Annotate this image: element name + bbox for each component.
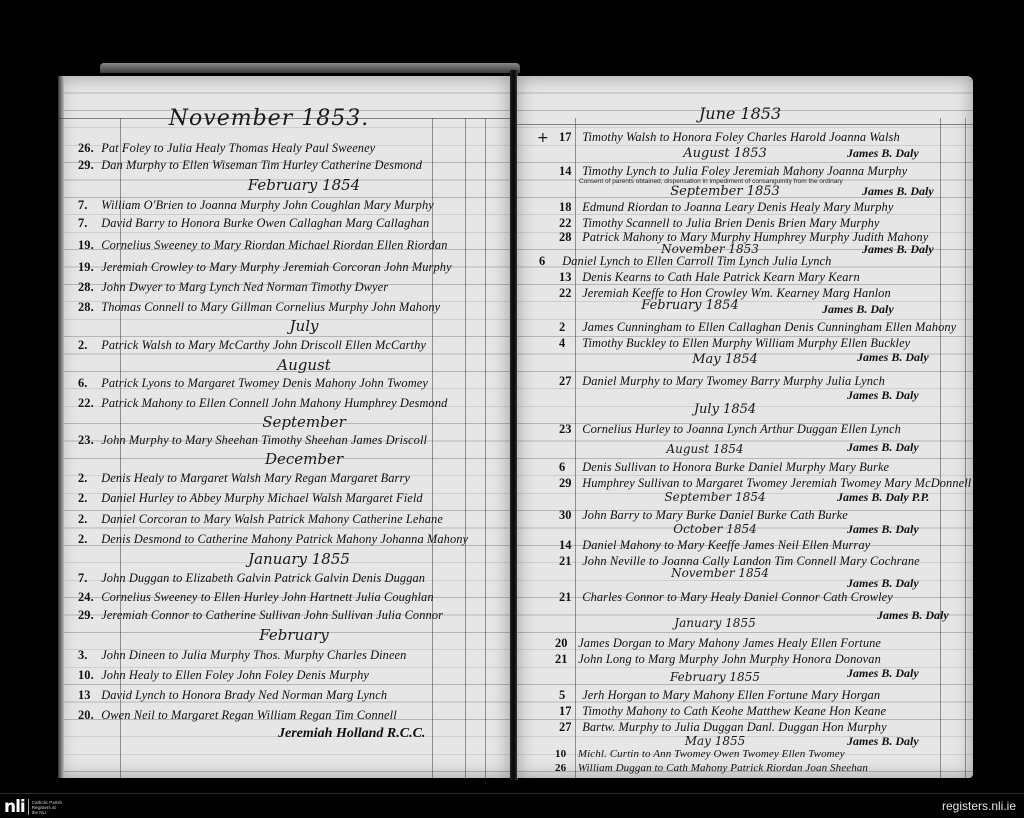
register-entry: 29. Dan Murphy to Ellen Wiseman Tim Hurl… [78,158,422,173]
month-heading: August 1854 [437,442,973,456]
register-entry: 2. Denis Healy to Margaret Walsh Mary Re… [78,471,410,486]
register-entry: 19. Jeremiah Crowley to Mary Murphy Jere… [78,260,452,275]
register-entry: 20 James Dorgan to Mary Mahony James Hea… [555,636,881,651]
month-heading: February 1854 [98,176,510,194]
header-rule [517,124,973,125]
register-entry: 18 Edmund Riordan to Joanna Leary Denis … [559,200,893,215]
cross-mark: + [537,130,549,146]
month-heading: August [98,356,510,374]
register-entry: 29. Jeremiah Connor to Catherine Sulliva… [78,608,443,623]
footer-divider [0,793,1024,794]
register-entry: 5 Jerh Horgan to Mary Mahony Ellen Fortu… [559,688,880,703]
nli-logo-mark: nli [4,798,25,816]
book-edge [100,63,520,73]
register-entry: 22. Patrick Mahony to Ellen Connell John… [78,396,447,411]
register-entry: 7. David Barry to Honora Burke Owen Call… [78,216,429,231]
register-entry: 22 Timothy Scannell to Julia Brien Denis… [559,216,880,231]
month-heading: May 1854 [477,352,973,367]
page-title: November 1853. [28,106,510,131]
register-entry: 6 Daniel Lynch to Ellen Carroll Tim Lync… [539,254,831,269]
register-entry: 10 Michl. Curtin to Ann Twomey Owen Twom… [555,748,845,760]
register-entry: 23 Cornelius Hurley to Joanna Lynch Arth… [559,422,901,437]
register-entry: 2. Daniel Hurley to Abbey Murphy Michael… [78,491,423,506]
left-page: November 1853. 26. Pat Foley to Julia He… [58,76,510,778]
register-entry: 7. John Duggan to Elizabeth Galvin Patri… [78,571,425,586]
register-entry: 17 Timothy Mahony to Cath Keohe Matthew … [559,704,886,719]
register-entry: 29 Humphrey Sullivan to Margaret Twomey … [559,476,971,491]
right-page: June 1853 + 17 Timothy Walsh to Honora F… [517,76,973,778]
logo-divider [28,799,29,815]
register-entry: 13 David Lynch to Honora Brady Ned Norma… [78,688,387,703]
site-link[interactable]: registers.nli.ie [942,799,1016,813]
register-entry: 17 Timothy Walsh to Honora Foley Charles… [559,130,900,145]
register-entry: 28. John Dwyer to Marg Lynch Ned Norman … [78,280,388,295]
register-entry: 4 Timothy Buckley to Ellen Murphy Willia… [559,336,910,351]
register-entry: 20. Owen Neil to Margaret Regan William … [78,708,397,723]
priest-signature: James B. Daly [847,388,919,403]
priest-signature: Jeremiah Holland R.C.C. [278,726,425,742]
priest-signature: James B. Daly [847,576,919,591]
register-entry: 14 Daniel Mahony to Mary Keeffe James Ne… [559,538,870,553]
register-entry: 30 John Barry to Mary Burke Daniel Burke… [559,508,848,523]
month-heading: July 1854 [477,402,973,417]
nli-logo[interactable]: nli Catholic Parish Registers at the NLI [4,798,62,816]
register-entry: 23. John Murphy to Mary Sheehan Timothy … [78,433,427,448]
register-entry: 27 Daniel Murphy to Mary Twomey Barry Mu… [559,374,885,389]
page-title: June 1853 [507,104,973,123]
month-heading: September [98,413,510,431]
register-entry: 26 William Duggan to Cath Mahony Patrick… [555,762,868,774]
month-heading: January 1855 [88,550,510,568]
priest-signature: James B. Daly [847,522,919,537]
month-heading: February 1855 [457,670,973,684]
register-entry: 2. Daniel Corcoran to Mary Walsh Patrick… [78,512,443,527]
register-entry: 6. Patrick Lyons to Margaret Twomey Deni… [78,376,428,391]
register-entry: 21 Charles Connor to Mary Healy Daniel C… [559,590,893,605]
register-entry: 26. Pat Foley to Julia Healy Thomas Heal… [78,141,375,156]
register-entry: 2. Patrick Walsh to Mary McCarthy John D… [78,338,426,353]
register-entry: 19. Cornelius Sweeney to Mary Riordan Mi… [78,238,448,253]
priest-signature: James B. Daly [862,184,934,199]
register-entry: 14 Timothy Lynch to Julia Foley Jeremiah… [559,164,907,179]
register-entry: 2 James Cunningham to Ellen Callaghan De… [559,320,956,335]
month-heading: July [98,317,510,335]
register-entry: 21 John Long to Marg Murphy John Murphy … [555,652,881,667]
month-heading: September 1854 [457,490,973,504]
priest-signature: James B. Daly [847,734,919,749]
column-rule [432,118,433,778]
register-entry: 2. Denis Desmond to Catherine Mahony Pat… [78,532,468,547]
logo-caption: Catholic Parish Registers at the NLI [32,800,62,815]
month-heading: February [78,626,510,644]
register-entry: 28. Thomas Connell to Mary Gillman Corne… [78,300,440,315]
month-heading: February 1854 [407,298,973,313]
register-entry: 13 Denis Kearns to Cath Hale Patrick Kea… [559,270,860,285]
register-entry: 27 Bartw. Murphy to Julia Duggan Danl. D… [559,720,887,735]
month-heading: August 1853 [477,146,973,161]
register-entry: 3. John Dineen to Julia Murphy Thos. Mur… [78,648,406,663]
month-heading: January 1855 [457,616,973,630]
register-image-viewer[interactable]: November 1853. 26. Pat Foley to Julia He… [0,0,1024,818]
register-entry: 6 Denis Sullivan to Honora Burke Daniel … [559,460,889,475]
register-entry: 10. John Healy to Ellen Foley John Foley… [78,668,369,683]
register-entry: 24. Cornelius Sweeney to Ellen Hurley Jo… [78,590,434,605]
register-entry: 7. William O'Brien to Joanna Murphy John… [78,198,434,213]
